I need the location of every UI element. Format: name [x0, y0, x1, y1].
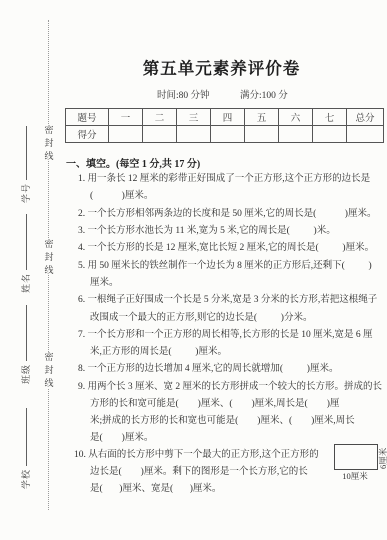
seal-char: 封	[43, 252, 55, 262]
question-line: 3. 一个长方形水池长为 11 米,宽为 5 米,它的周长是( )米。	[78, 226, 336, 237]
question-line: 米;拼成的长方形的长和宽也可能是( )厘米、( )厘米,周长	[90, 416, 355, 427]
seal-char: 线	[43, 151, 55, 161]
school-label: 学校	[21, 469, 31, 489]
figure-rectangle	[334, 444, 378, 470]
seal-char: 密	[43, 125, 55, 135]
question-line: 是( )厘米、宽是( )厘米。	[90, 484, 221, 495]
class-label: 班级	[21, 364, 31, 384]
score-cell-empty	[347, 126, 384, 143]
score-cell-empty	[211, 126, 245, 143]
exam-full-score: 满分:100 分	[240, 87, 288, 101]
write-line	[24, 408, 27, 466]
seal-text: 密 封 线	[43, 125, 55, 161]
student-id-label: 学号	[21, 183, 31, 203]
question-line: 9. 用两个长 3 厘米、宽 2 厘米的长方形拼成一个较大的长方形。拼成的长	[78, 382, 382, 393]
score-cell: 六	[279, 109, 313, 126]
score-cell-empty	[245, 126, 279, 143]
seal-text: 密 封 线	[43, 239, 55, 275]
score-cell-label: 题号	[66, 109, 109, 126]
school-field: 学校	[21, 408, 32, 489]
question-line: 厘米。	[90, 278, 119, 289]
seal-text: 密 封 线	[43, 352, 55, 388]
score-cell-empty	[177, 126, 211, 143]
seal-char: 封	[43, 365, 55, 375]
seal-char: 密	[43, 239, 55, 249]
score-table-score-row: 得分	[66, 126, 384, 143]
score-cell-empty	[313, 126, 347, 143]
exam-time: 时间:80 分钟	[157, 87, 210, 101]
question-line: 10. 从右面的长方形中剪下一个最大的正方形,这个正方形的	[74, 450, 319, 461]
figure-width-label: 10厘米	[332, 470, 378, 482]
figure-height-label: 6厘米	[377, 448, 387, 469]
question-line: 1. 用一条长 12 厘米的彩带正好围成了一个正方形,这个正方形的边长是	[78, 174, 370, 185]
question-line: 6. 一根绳子正好围成一个长是 5 分米,宽是 3 分米的长方形,若把这根绳子	[78, 295, 377, 306]
question-line: 是( )厘米。	[90, 433, 153, 444]
score-table-header-row: 题号 一 二 三 四 五 六 七 总分	[66, 109, 384, 126]
question-line: 米,正方形的周长是( )厘米。	[90, 347, 227, 358]
write-line	[24, 305, 27, 361]
student-id-field: 学号	[21, 126, 32, 203]
score-cell-total: 总分	[347, 109, 384, 126]
name-field: 姓名	[21, 214, 32, 293]
score-cell-empty	[279, 126, 313, 143]
question-line: 2. 一个长方形相邻两条边的长度和是 50 厘米,它的周长是( )厘米。	[78, 209, 376, 220]
question-line: ( )厘米。	[90, 191, 153, 202]
question-line: 8. 一个正方形的边长增加 4 厘米,它的周长就增加( )厘米。	[78, 364, 338, 375]
score-cell: 一	[109, 109, 143, 126]
seal-char: 封	[43, 138, 55, 148]
seal-char: 线	[43, 378, 55, 388]
seal-char: 线	[43, 265, 55, 275]
score-cell-empty	[143, 126, 177, 143]
question-line: 方形的长和宽可能是( )厘米、( )厘米,周长是( )厘	[90, 399, 339, 410]
class-field: 班级	[21, 305, 32, 384]
seal-char: 密	[43, 352, 55, 362]
score-cell-label: 得分	[66, 126, 109, 143]
question-line: 5. 用 50 厘米长的铁丝制作一个边长为 8 厘米的正方形后,还剩下( )	[78, 261, 372, 272]
score-cell: 三	[177, 109, 211, 126]
score-cell: 四	[211, 109, 245, 126]
write-line	[24, 126, 27, 180]
question-line: 7. 一个长方形和一个正方形的周长相等,长方形的长是 10 厘米,宽是 6 厘	[78, 330, 373, 341]
name-label: 姓名	[21, 273, 31, 293]
score-cell: 二	[143, 109, 177, 126]
question-line: 边长是( )厘米。剩下的图形是一个长方形,它的长	[90, 467, 308, 478]
score-cell: 五	[245, 109, 279, 126]
section-title: 一、填空。(每空 1 分,共 17 分)	[66, 155, 200, 170]
score-cell-empty	[109, 126, 143, 143]
score-table: 题号 一 二 三 四 五 六 七 总分 得分	[65, 108, 384, 143]
page-title: 第五单元素养评价卷	[65, 55, 378, 79]
score-cell: 七	[313, 109, 347, 126]
exam-paper: { "seal_margin": { "seal_chars": ["密", "…	[0, 0, 387, 540]
question-line: 4. 一个长方形的长是 12 厘米,宽比长短 2 厘米,它的周长是( )厘米。	[78, 243, 374, 254]
question-line: 改围成一个最大的正方形,则它的边长是( )分米。	[90, 313, 312, 324]
write-line	[24, 214, 27, 270]
